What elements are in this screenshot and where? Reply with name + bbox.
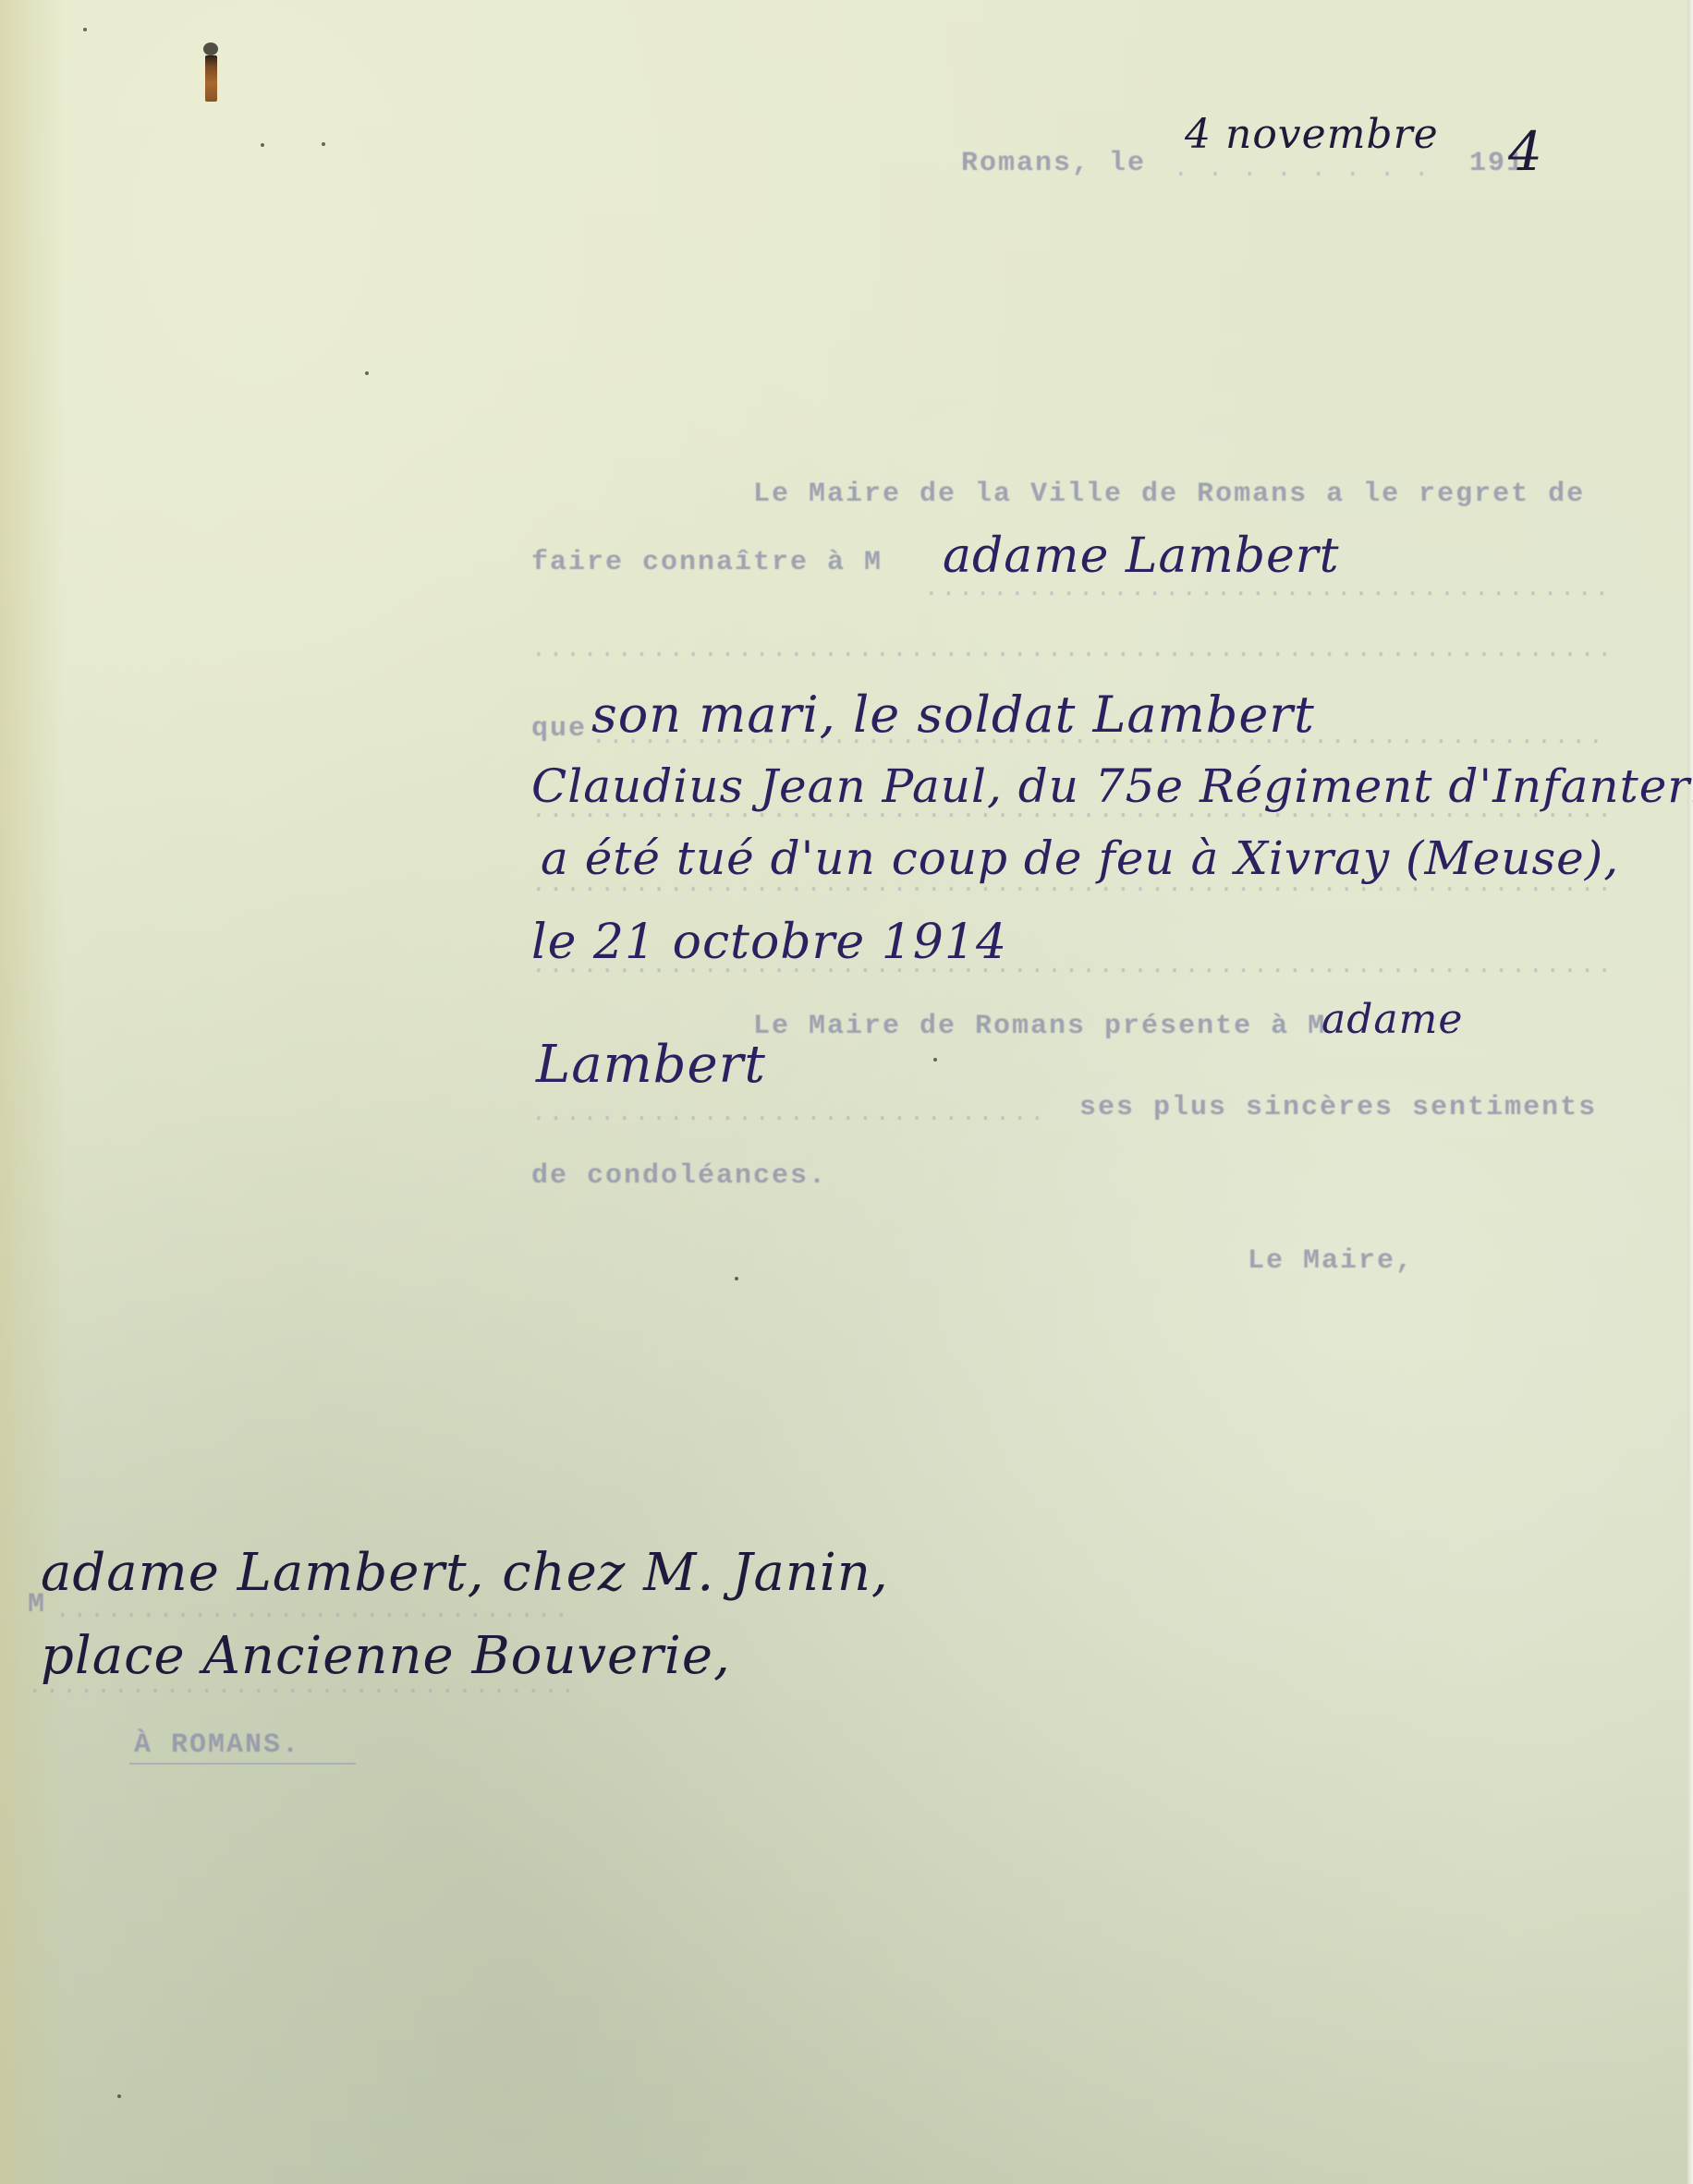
body-line-8-handwritten: adame [1322, 996, 1463, 1043]
body-line-1: Le Maire de la Ville de Romans a le regr… [753, 479, 1585, 510]
address-line-1-handwritten: adame Lambert, chez M. Janin, [41, 1543, 889, 1603]
address-line-3-typed: À ROMANS. [134, 1729, 300, 1761]
header-date-handwritten: 4 novembre [1185, 111, 1439, 158]
rusted-pin-mark [205, 55, 217, 102]
paper-speck [261, 143, 264, 147]
dotted-fill-line: ........................................… [531, 636, 1613, 663]
pin-hole [203, 42, 218, 55]
body-line-9-handwritten: Lambert [536, 1035, 766, 1095]
header-year-handwritten: 4 [1508, 120, 1543, 183]
paper-speck [365, 371, 369, 375]
body-line-10-typed: de condoléances. [531, 1160, 827, 1192]
body-line-9-typed: ses plus sincères sentiments [1079, 1092, 1597, 1123]
paper-right-edge [1687, 0, 1693, 2184]
signature-typed: Le Maire, [1248, 1245, 1414, 1277]
address-underline [129, 1763, 356, 1765]
body-line-4-typed: que [531, 713, 587, 745]
paper-speck [83, 28, 87, 31]
date-dotted-line: . . . . . . . . . . . [1174, 155, 1451, 183]
body-line-2-typed: faire connaître à M [531, 547, 883, 578]
body-line-8-typed: Le Maire de Romans présente à M [753, 1011, 1326, 1042]
paper-speck [117, 2094, 121, 2098]
body-line-6-handwritten: a été tué d'un coup de feu à Xivray (Meu… [541, 831, 1619, 885]
body-line-5-handwritten: Claudius Jean Paul, du 75e Régiment d'In… [531, 759, 1693, 813]
body-line-7-handwritten: le 21 octobre 1914 [531, 915, 1007, 970]
paper-edge-shadow [0, 0, 65, 2184]
dotted-fill-line: ....................................... [531, 1099, 1049, 1127]
body-line-4-handwritten: son mari, le soldat Lambert [591, 686, 1315, 744]
paper-speck [933, 1058, 937, 1062]
header-place-typed: Romans, le [961, 148, 1146, 179]
paper-speck [322, 142, 325, 146]
body-line-2-handwritten: adame Lambert [943, 528, 1340, 584]
paper-speck [735, 1277, 738, 1280]
address-line-2-handwritten: place Ancienne Bouverie, [41, 1626, 731, 1686]
